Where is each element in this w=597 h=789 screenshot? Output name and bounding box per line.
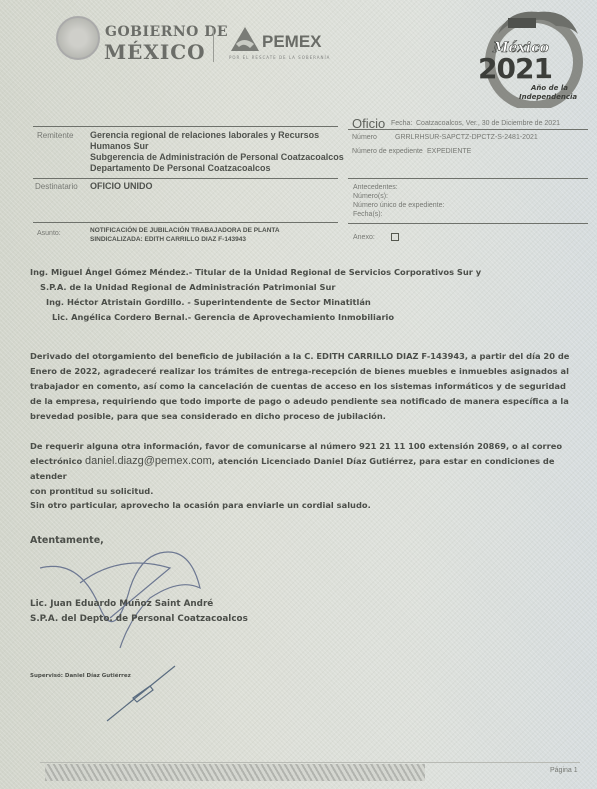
badge-subtitle-2: Independencia <box>519 93 577 101</box>
asunto-label: Asunto: <box>37 230 61 237</box>
government-name-line2: MÉXICO <box>104 40 206 64</box>
numero-label: Número <box>352 133 377 142</box>
asunto-line: SINDICALIZADA: EDITH CARRILLO DIAZ F-143… <box>90 235 280 244</box>
email-link[interactable]: daniel.diazg@pemex.com <box>85 455 212 467</box>
recipient-line: Ing. Miguel Ángel Gómez Méndez.- Titular… <box>30 265 481 280</box>
body-paragraph-1: Derivado del otorgamiento del beneficio … <box>30 349 590 424</box>
form-rule <box>348 223 588 224</box>
numero-unico-label: Número único de expediente: <box>353 201 444 210</box>
signer-title: S.P.A. del Depto. de Personal Coatzacoal… <box>30 612 248 627</box>
recipient-line: Ing. Héctor Atristain Gordillo. - Superi… <box>46 295 371 310</box>
closing-text: Sin otro particular, aprovecho la ocasió… <box>30 498 371 513</box>
antecedentes-block: Antecedentes: Número(s): Número único de… <box>353 183 444 219</box>
fecha-value: Coatzacoalcos, Ver., 30 de Diciembre de … <box>416 119 560 128</box>
paragraph-line: trabajador en comento, así como la cance… <box>30 379 590 394</box>
recipient-line: Lic. Angélica Cordero Bernal.- Gerencia … <box>52 310 394 325</box>
form-rule <box>33 178 338 179</box>
anexo-checkbox[interactable] <box>391 233 399 241</box>
government-name-line1: GOBIERNO DE <box>105 24 228 40</box>
paragraph-line: brevedad posible, para que sea considera… <box>30 409 590 424</box>
numero-value: GRRLRHSUR-SAPCTZ-DPCTZ-S-2481-2021 <box>395 133 538 142</box>
regards-text: Atentamente, <box>30 533 104 548</box>
initials-signature-icon <box>105 658 185 723</box>
expediente-label: Número de expediente <box>352 147 423 156</box>
remitente-line: Humanos Sur <box>90 141 344 152</box>
remitente-line: Departamento De Personal Coatzacoalcos <box>90 163 344 174</box>
company-tagline: POR EL RESCATE DE LA SOBERANÍA <box>229 55 330 60</box>
fecha-label: Fecha: <box>391 119 412 128</box>
header-divider <box>213 28 214 62</box>
form-rule <box>33 222 338 223</box>
badge-year: 2021 <box>478 52 552 85</box>
signer-name: Lic. Juan Eduardo Muñoz Saint André <box>30 597 213 612</box>
paragraph-line: Derivado del otorgamiento del beneficio … <box>30 349 590 364</box>
paragraph-line: De requerir alguna otra información, fav… <box>30 439 590 454</box>
expediente-value: EXPEDIENTE <box>427 147 471 156</box>
remitente-line: Gerencia regional de relaciones laborale… <box>90 130 344 141</box>
remitente-label: Remitente <box>37 131 73 140</box>
paragraph-line: Enero de 2022, agradeceré realizar los t… <box>30 364 590 379</box>
page-number: Página 1 <box>550 766 578 775</box>
pemex-eagle-logo-icon <box>230 26 260 52</box>
anexo-label: Anexo: <box>353 233 375 242</box>
destinatario-label: Destinatario <box>35 182 78 191</box>
asunto-value: NOTIFICACIÓN DE JUBILACIÓN TRABAJADORA D… <box>90 226 280 244</box>
mexico-seal-icon <box>56 16 100 60</box>
company-name: PEMEX <box>262 32 322 52</box>
paragraph-line: de la empresa, requiriendo que todo impo… <box>30 394 590 409</box>
recipient-line: S.P.A. de la Unidad Regional de Administ… <box>40 280 336 295</box>
email-prefix: electrónico <box>30 456 85 466</box>
destinatario-value: OFICIO UNIDO <box>90 181 153 192</box>
fechas-label: Fecha(s): <box>353 210 444 219</box>
remitente-value: Gerencia regional de relaciones laborale… <box>90 130 344 174</box>
badge-subtitle-1: Año de la <box>531 84 568 92</box>
paragraph-line: electrónico daniel.diazg@pemex.com, aten… <box>30 454 590 484</box>
asunto-line: NOTIFICACIÓN DE JUBILACIÓN TRABAJADORA D… <box>90 226 280 235</box>
form-rule <box>348 178 588 179</box>
body-paragraph-2: De requerir alguna otra información, fav… <box>30 439 590 499</box>
form-rule <box>348 129 588 130</box>
paragraph-line: con prontitud su solicitud. <box>30 484 590 499</box>
footer-security-pattern <box>45 764 425 781</box>
antecedentes-label: Antecedentes: <box>353 183 444 192</box>
form-top-rule <box>33 126 338 127</box>
footer-rule <box>40 762 580 763</box>
remitente-line: Subgerencia de Administración de Persona… <box>90 152 344 163</box>
numeros-label: Número(s): <box>353 192 444 201</box>
